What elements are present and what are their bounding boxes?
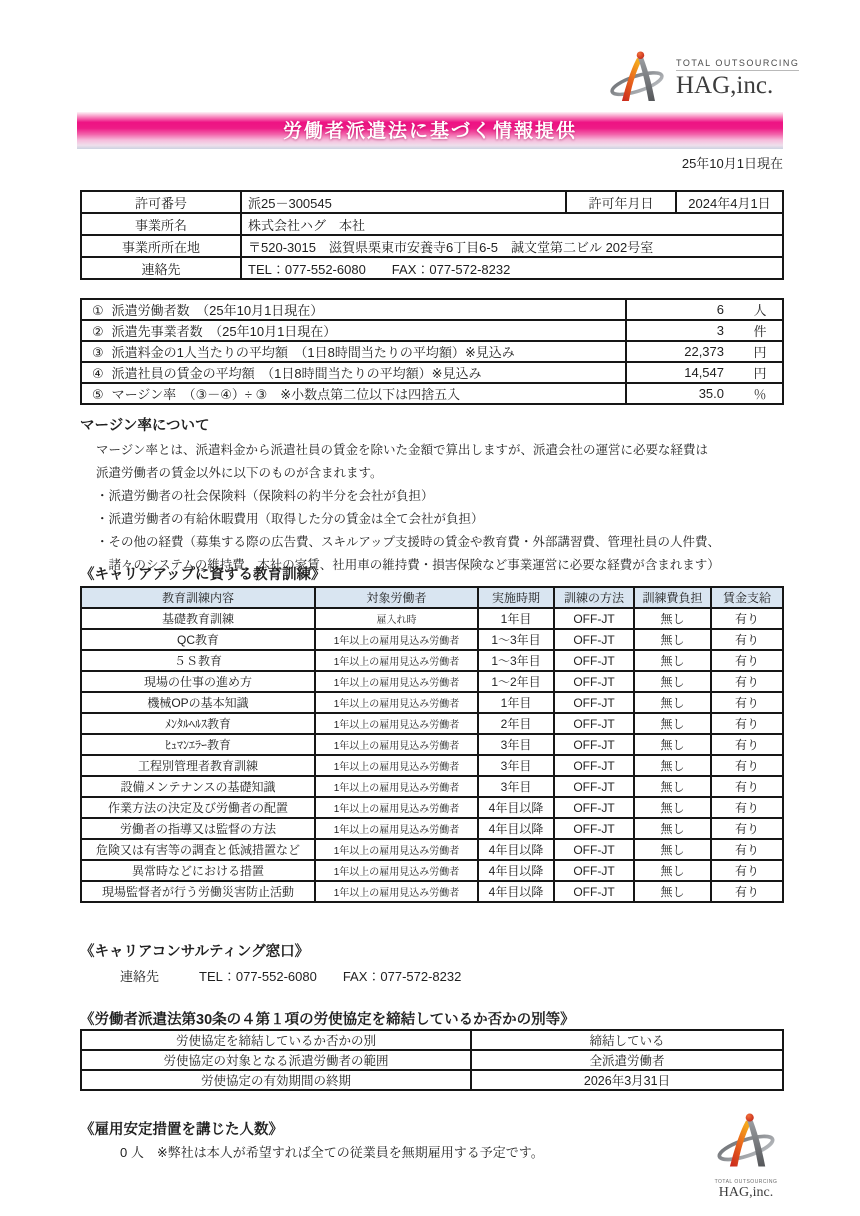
training-cell: 有り: [711, 734, 783, 755]
training-row: 基礎教育訓練雇入れ時1年目OFF-JT無し有り: [81, 608, 783, 629]
training-cell: 有り: [711, 692, 783, 713]
contact-value: TEL：077-552-6080 FAX：077-572-8232: [241, 257, 783, 279]
training-cell: OFF-JT: [554, 671, 634, 692]
training-cell: OFF-JT: [554, 629, 634, 650]
table-row: 事業所所在地 〒520-3015 滋賀県栗東市安養寺6丁目6-5 誠文堂第二ビル…: [81, 235, 783, 257]
training-cell: 1年以上の雇用見込み労働者: [315, 818, 478, 839]
training-cell: 有り: [711, 797, 783, 818]
training-cell: OFF-JT: [554, 734, 634, 755]
training-cell: 有り: [711, 818, 783, 839]
training-cell: 無し: [634, 650, 711, 671]
permit-number-label: 許可番号: [81, 191, 241, 213]
training-cell: 有り: [711, 671, 783, 692]
hag-logo-icon: [715, 1112, 777, 1174]
training-cell: 有り: [711, 608, 783, 629]
stats-row: ④派遣社員の賃金の平均額 （1日8時間当たりの平均額）※見込み14,547円: [81, 362, 783, 383]
training-cell: OFF-JT: [554, 881, 634, 902]
training-cell: 有り: [711, 776, 783, 797]
stats-row: ③派遣料金の1人当たりの平均額 （1日8時間当たりの平均額）※見込み22,373…: [81, 341, 783, 362]
agreement-cell: 労使協定の対象となる派遣労働者の範囲: [81, 1050, 471, 1070]
office-name-value: 株式会社ハグ 本社: [241, 213, 783, 235]
training-cell: 4年目以降: [478, 818, 554, 839]
training-cell: 1年以上の雇用見込み労働者: [315, 629, 478, 650]
training-cell: OFF-JT: [554, 839, 634, 860]
training-column-header: 実施時期: [478, 587, 554, 608]
training-row: 現場監督者が行う労働災害防止活動1年以上の雇用見込み労働者4年目以降OFF-JT…: [81, 881, 783, 902]
consulting-contact-label: 連絡先: [120, 969, 159, 984]
training-cell: 有り: [711, 860, 783, 881]
margin-rate-text-line: ・派遣労働者の有給休暇費用（取得した分の賃金は全て会社が負担）: [96, 508, 790, 531]
title-banner: 労働者派遣法に基づく情報提供: [77, 112, 783, 149]
training-cell: 1年以上の雇用見込み労働者: [315, 734, 478, 755]
training-row: ﾋｭﾏﾝｴﾗｰ教育1年以上の雇用見込み労働者3年目OFF-JT無し有り: [81, 734, 783, 755]
document-page: TOTAL OUTSOURCING HAG,inc. 労働者派遣法に基づく情報提…: [0, 0, 860, 1216]
training-cell: 有り: [711, 629, 783, 650]
agreement-cell: 全派遣労働者: [471, 1050, 783, 1070]
consulting-contact-line: 連絡先TEL：077-552-6080 FAX：077-572-8232: [120, 966, 461, 985]
training-cell: 設備メンテナンスの基礎知識: [81, 776, 315, 797]
training-column-header: 賃金支給: [711, 587, 783, 608]
training-column-header: 訓練の方法: [554, 587, 634, 608]
training-cell: 1～3年目: [478, 629, 554, 650]
training-cell: 1～3年目: [478, 650, 554, 671]
stats-description: ②派遣先事業者数 （25年10月1日現在）: [81, 320, 626, 341]
training-cell: 無し: [634, 860, 711, 881]
stats-value: 3: [626, 320, 738, 341]
stats-unit: 円: [738, 362, 783, 383]
training-cell: 工程別管理者教育訓練: [81, 755, 315, 776]
stats-description: ①派遣労働者数 （25年10月1日現在）: [81, 299, 626, 320]
office-name-label: 事業所名: [81, 213, 241, 235]
stats-unit: 円: [738, 341, 783, 362]
training-cell: 3年目: [478, 755, 554, 776]
stats-row: ②派遣先事業者数 （25年10月1日現在）3件: [81, 320, 783, 341]
stats-value: 14,547: [626, 362, 738, 383]
logo-company-name: HAG,inc.: [676, 72, 799, 100]
logo-company-name: HAG,inc.: [698, 1185, 794, 1201]
training-cell: 1年以上の雇用見込み労働者: [315, 797, 478, 818]
margin-stats-table: ①派遣労働者数 （25年10月1日現在）6人②派遣先事業者数 （25年10月1日…: [80, 298, 784, 405]
training-cell: 作業方法の決定及び労働者の配置: [81, 797, 315, 818]
training-cell: 無し: [634, 818, 711, 839]
agreement-cell: 労使協定を締結しているか否かの別: [81, 1030, 471, 1050]
stats-number-badge: ③: [92, 345, 104, 361]
training-cell: 1年以上の雇用見込み労働者: [315, 755, 478, 776]
training-cell: 現場の仕事の進め方: [81, 671, 315, 692]
training-cell: 有り: [711, 713, 783, 734]
training-cell: ﾋｭﾏﾝｴﾗｰ教育: [81, 734, 315, 755]
stats-row: ①派遣労働者数 （25年10月1日現在）6人: [81, 299, 783, 320]
training-cell: 2年目: [478, 713, 554, 734]
stats-unit: 件: [738, 320, 783, 341]
training-row: 設備メンテナンスの基礎知識1年以上の雇用見込み労働者3年目OFF-JT無し有り: [81, 776, 783, 797]
training-cell: 3年目: [478, 734, 554, 755]
training-cell: 4年目以降: [478, 839, 554, 860]
stats-value: 22,373: [626, 341, 738, 362]
training-cell: 1年以上の雇用見込み労働者: [315, 860, 478, 881]
stats-description: ④派遣社員の賃金の平均額 （1日8時間当たりの平均額）※見込み: [81, 362, 626, 383]
agreement-row: 労使協定の対象となる派遣労働者の範囲全派遣労働者: [81, 1050, 783, 1070]
stats-number-badge: ①: [92, 303, 104, 319]
consulting-section-title: 《キャリアコンサルティング窓口》: [80, 940, 309, 961]
consulting-contact-value: TEL：077-552-6080 FAX：077-572-8232: [199, 969, 461, 984]
training-cell: 無し: [634, 755, 711, 776]
training-row: 危険又は有害等の調査と低減措置など1年以上の雇用見込み労働者4年目以降OFF-J…: [81, 839, 783, 860]
training-cell: 無し: [634, 776, 711, 797]
stats-unit: ％: [738, 383, 783, 404]
permit-date-label: 許可年月日: [566, 191, 676, 213]
hag-logo-icon: [608, 50, 666, 108]
stats-number-badge: ⑤: [92, 387, 104, 403]
training-cell: 雇入れ時: [315, 608, 478, 629]
training-cell: 無し: [634, 608, 711, 629]
training-cell: 1年以上の雇用見込み労働者: [315, 839, 478, 860]
training-cell: OFF-JT: [554, 776, 634, 797]
training-cell: OFF-JT: [554, 692, 634, 713]
training-cell: 有り: [711, 650, 783, 671]
stats-value: 35.0: [626, 383, 738, 404]
training-cell: 無し: [634, 839, 711, 860]
training-row: 現場の仕事の進め方1年以上の雇用見込み労働者1～2年目OFF-JT無し有り: [81, 671, 783, 692]
training-cell: OFF-JT: [554, 818, 634, 839]
training-cell: 1年以上の雇用見込み労働者: [315, 881, 478, 902]
training-cell: 1～2年目: [478, 671, 554, 692]
logo-tagline: TOTAL OUTSOURCING: [676, 58, 799, 71]
employment-section-title: 《雇用安定措置を講じた人数》: [80, 1118, 283, 1139]
training-cell: 無し: [634, 713, 711, 734]
training-row: 機械OPの基本知識1年以上の雇用見込み労働者1年目OFF-JT無し有り: [81, 692, 783, 713]
training-cell: 4年目以降: [478, 797, 554, 818]
training-row: 労働者の指導又は監督の方法1年以上の雇用見込み労働者4年目以降OFF-JT無し有…: [81, 818, 783, 839]
stats-description: ⑤マージン率 （③－④）÷ ③ ※小数点第二位以下は四捨五入: [81, 383, 626, 404]
stats-value: 6: [626, 299, 738, 320]
stats-number-badge: ④: [92, 366, 104, 382]
training-cell: ５Ｓ教育: [81, 650, 315, 671]
training-cell: OFF-JT: [554, 860, 634, 881]
training-cell: 1年以上の雇用見込み労働者: [315, 650, 478, 671]
training-cell: 4年目以降: [478, 860, 554, 881]
training-cell: 危険又は有害等の調査と低減措置など: [81, 839, 315, 860]
training-cell: 有り: [711, 839, 783, 860]
training-cell: 無し: [634, 671, 711, 692]
training-cell: 現場監督者が行う労働災害防止活動: [81, 881, 315, 902]
agreement-cell: 締結している: [471, 1030, 783, 1050]
training-cell: QC教育: [81, 629, 315, 650]
training-column-header: 訓練費負担: [634, 587, 711, 608]
agreement-table: 労使協定を締結しているか否かの別締結している労使協定の対象となる派遣労働者の範囲…: [80, 1029, 784, 1091]
training-cell: 3年目: [478, 776, 554, 797]
margin-rate-section: マージン率について マージン率とは、派遣料金から派遣社員の賃金を除いた金額で算出…: [80, 414, 790, 577]
training-cell: 1年以上の雇用見込み労働者: [315, 776, 478, 797]
training-cell: 基礎教育訓練: [81, 608, 315, 629]
permit-date-value: 2024年4月1日: [676, 191, 783, 213]
training-cell: 1年目: [478, 692, 554, 713]
training-cell: 1年以上の雇用見込み労働者: [315, 713, 478, 734]
stats-description: ③派遣料金の1人当たりの平均額 （1日8時間当たりの平均額）※見込み: [81, 341, 626, 362]
training-cell: OFF-JT: [554, 713, 634, 734]
training-column-header: 対象労働者: [315, 587, 478, 608]
training-cell: OFF-JT: [554, 755, 634, 776]
agreement-section-title: 《労働者派遣法第30条の４第１項の労使協定を締結しているか否かの別等》: [80, 1008, 575, 1029]
training-row: 異常時などにおける措置1年以上の雇用見込み労働者4年目以降OFF-JT無し有り: [81, 860, 783, 881]
training-cell: 機械OPの基本知識: [81, 692, 315, 713]
stats-unit: 人: [738, 299, 783, 320]
company-logo-top: TOTAL OUTSOURCING HAG,inc.: [608, 50, 799, 108]
agreement-cell: 2026年3月31日: [471, 1070, 783, 1090]
training-cell: OFF-JT: [554, 650, 634, 671]
permit-number-value: 派25－300545: [241, 191, 566, 213]
training-cell: ﾒﾝﾀﾙﾍﾙｽ教育: [81, 713, 315, 734]
table-row: 連絡先 TEL：077-552-6080 FAX：077-572-8232: [81, 257, 783, 279]
training-cell: 異常時などにおける措置: [81, 860, 315, 881]
company-info-table: 許可番号 派25－300545 許可年月日 2024年4月1日 事業所名 株式会…: [80, 190, 784, 280]
as-of-date: 25年10月1日現在: [682, 153, 783, 172]
training-cell: 無し: [634, 692, 711, 713]
training-cell: 無し: [634, 797, 711, 818]
training-column-header: 教育訓練内容: [81, 587, 315, 608]
contact-label: 連絡先: [81, 257, 241, 279]
training-row: ﾒﾝﾀﾙﾍﾙｽ教育1年以上の雇用見込み労働者2年目OFF-JT無し有り: [81, 713, 783, 734]
training-header-row: 教育訓練内容対象労働者実施時期訓練の方法訓練費負担賃金支給: [81, 587, 783, 608]
training-row: ５Ｓ教育1年以上の雇用見込み労働者1～3年目OFF-JT無し有り: [81, 650, 783, 671]
training-cell: OFF-JT: [554, 797, 634, 818]
margin-rate-text-line: マージン率とは、派遣料金から派遣社員の賃金を除いた金額で算出しますが、派遣会社の…: [96, 439, 790, 462]
margin-rate-text-line: ・派遣労働者の社会保険料（保険料の約半分を会社が負担）: [96, 485, 790, 508]
training-cell: 有り: [711, 755, 783, 776]
training-cell: 4年目以降: [478, 881, 554, 902]
training-cell: 無し: [634, 734, 711, 755]
training-row: QC教育1年以上の雇用見込み労働者1～3年目OFF-JT無し有り: [81, 629, 783, 650]
margin-rate-text-line: ・その他の経費（募集する際の広告費、スキルアップ支援時の賃金や教育費・外部講習費…: [96, 531, 790, 554]
training-cell: 無し: [634, 881, 711, 902]
table-row: 事業所名 株式会社ハグ 本社: [81, 213, 783, 235]
training-cell: 無し: [634, 629, 711, 650]
agreement-cell: 労使協定の有効期間の終期: [81, 1070, 471, 1090]
training-row: 工程別管理者教育訓練1年以上の雇用見込み労働者3年目OFF-JT無し有り: [81, 755, 783, 776]
table-row: 許可番号 派25－300545 許可年月日 2024年4月1日: [81, 191, 783, 213]
training-cell: OFF-JT: [554, 608, 634, 629]
margin-rate-heading: マージン率について: [80, 414, 790, 435]
stats-number-badge: ②: [92, 324, 104, 340]
training-cell: 1年以上の雇用見込み労働者: [315, 692, 478, 713]
training-cell: 1年以上の雇用見込み労働者: [315, 671, 478, 692]
training-table: 教育訓練内容対象労働者実施時期訓練の方法訓練費負担賃金支給 基礎教育訓練雇入れ時…: [80, 586, 784, 903]
agreement-row: 労使協定を締結しているか否かの別締結している: [81, 1030, 783, 1050]
training-cell: 労働者の指導又は監督の方法: [81, 818, 315, 839]
office-address-label: 事業所所在地: [81, 235, 241, 257]
training-cell: 有り: [711, 881, 783, 902]
page-title: 労働者派遣法に基づく情報提供: [283, 116, 577, 143]
employment-note: 0 人 ※弊社は本人が希望すれば全ての従業員を無期雇用する予定です。: [120, 1142, 544, 1161]
agreement-row: 労使協定の有効期間の終期2026年3月31日: [81, 1070, 783, 1090]
training-row: 作業方法の決定及び労働者の配置1年以上の雇用見込み労働者4年目以降OFF-JT無…: [81, 797, 783, 818]
office-address-value: 〒520-3015 滋賀県栗東市安養寺6丁目6-5 誠文堂第二ビル 202号室: [241, 235, 783, 257]
stats-row: ⑤マージン率 （③－④）÷ ③ ※小数点第二位以下は四捨五入35.0％: [81, 383, 783, 404]
margin-rate-text-line: 派遣労働者の賃金以外に以下のものが含まれます。: [96, 462, 790, 485]
training-cell: 1年目: [478, 608, 554, 629]
training-section-title: 《キャリアアップに資する教育訓練》: [80, 563, 325, 584]
company-logo-bottom: TOTAL OUTSOURCING HAG,inc.: [698, 1112, 794, 1201]
